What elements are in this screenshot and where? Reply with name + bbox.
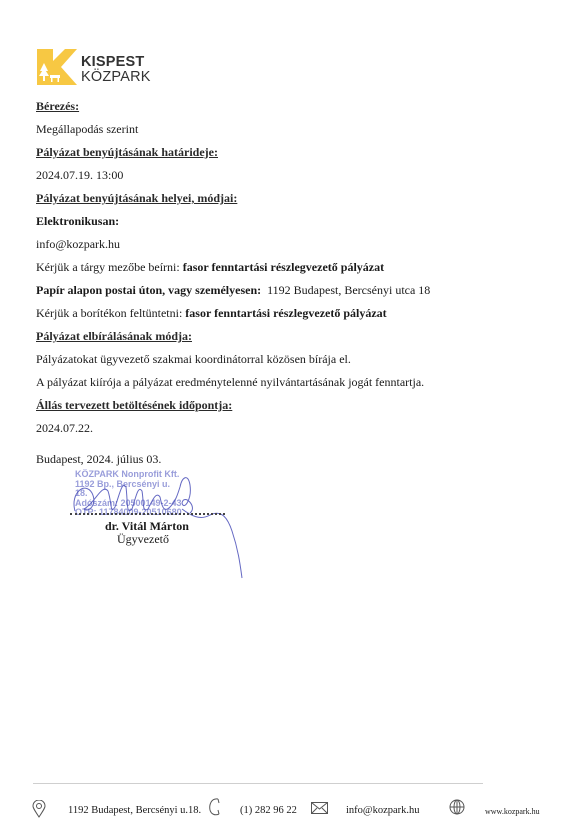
- footer-email: info@kozpark.hu: [346, 805, 420, 816]
- heading-evaluation: Pályázat elbírálásának módja:: [36, 329, 192, 343]
- footer: 1192 Budapest, Bercsényi u.18. (1) 282 9…: [0, 800, 570, 824]
- phone-icon: [207, 797, 221, 817]
- logo-text-kispest: KISPEST: [81, 54, 144, 70]
- logo-text-kozpark: KÖZPARK: [81, 69, 151, 85]
- subject-instruction: Kérjük a tárgy mezőbe beírni: fasor fenn…: [36, 260, 384, 274]
- evaluation-text-1: Pályázatokat ügyvezető szakmai koordinát…: [36, 352, 351, 366]
- footer-phone: (1) 282 96 22: [240, 805, 297, 816]
- envelope-instruction-value: fasor fenntartási részlegvezető pályázat: [185, 306, 386, 320]
- envelope-icon: [311, 802, 328, 814]
- evaluation-text-2: A pályázat kiírója a pályázat eredményte…: [36, 375, 424, 389]
- location-pin-icon: [32, 800, 46, 818]
- envelope-instruction: Kérjük a borítékon feltüntetni: fasor fe…: [36, 306, 387, 320]
- heading-start-date: Állás tervezett betöltésének időpontja:: [36, 398, 232, 412]
- salary-value: Megállapodás szerint: [36, 122, 138, 136]
- envelope-instruction-prefix: Kérjük a borítékon feltüntetni:: [36, 306, 185, 320]
- footer-address: 1192 Budapest, Bercsényi u.18.: [68, 805, 201, 816]
- logo-k-icon: [37, 47, 77, 87]
- footer-website: www.kozpark.hu: [485, 807, 540, 816]
- kispest-kozpark-logo: KISPEST KÖZPARK: [37, 47, 157, 89]
- heading-salary: Bérezés:: [36, 99, 79, 113]
- heading-deadline: Pályázat benyújtásának határideje:: [36, 145, 218, 159]
- footer-divider: [33, 783, 483, 784]
- postal-submission-address: 1192 Budapest, Bercsényi utca 18: [261, 283, 430, 297]
- signer-title: Ügyvezető: [117, 532, 169, 547]
- subject-instruction-prefix: Kérjük a tárgy mezőbe beírni:: [36, 260, 183, 274]
- postal-submission: Papír alapon postai úton, vagy személyes…: [36, 283, 430, 297]
- start-date-value: 2024.07.22.: [36, 421, 93, 435]
- label-electronic: Elektronikusan:: [36, 214, 119, 228]
- subject-instruction-value: fasor fenntartási részlegvezető pályázat: [183, 260, 384, 274]
- email-address: info@kozpark.hu: [36, 237, 120, 251]
- postal-submission-label: Papír alapon postai úton, vagy személyes…: [36, 283, 261, 297]
- heading-submission-methods: Pályázat benyújtásának helyei, módjai:: [36, 191, 237, 205]
- globe-icon: [449, 799, 465, 815]
- signature-line: [70, 513, 225, 515]
- deadline-value: 2024.07.19. 13:00: [36, 168, 123, 182]
